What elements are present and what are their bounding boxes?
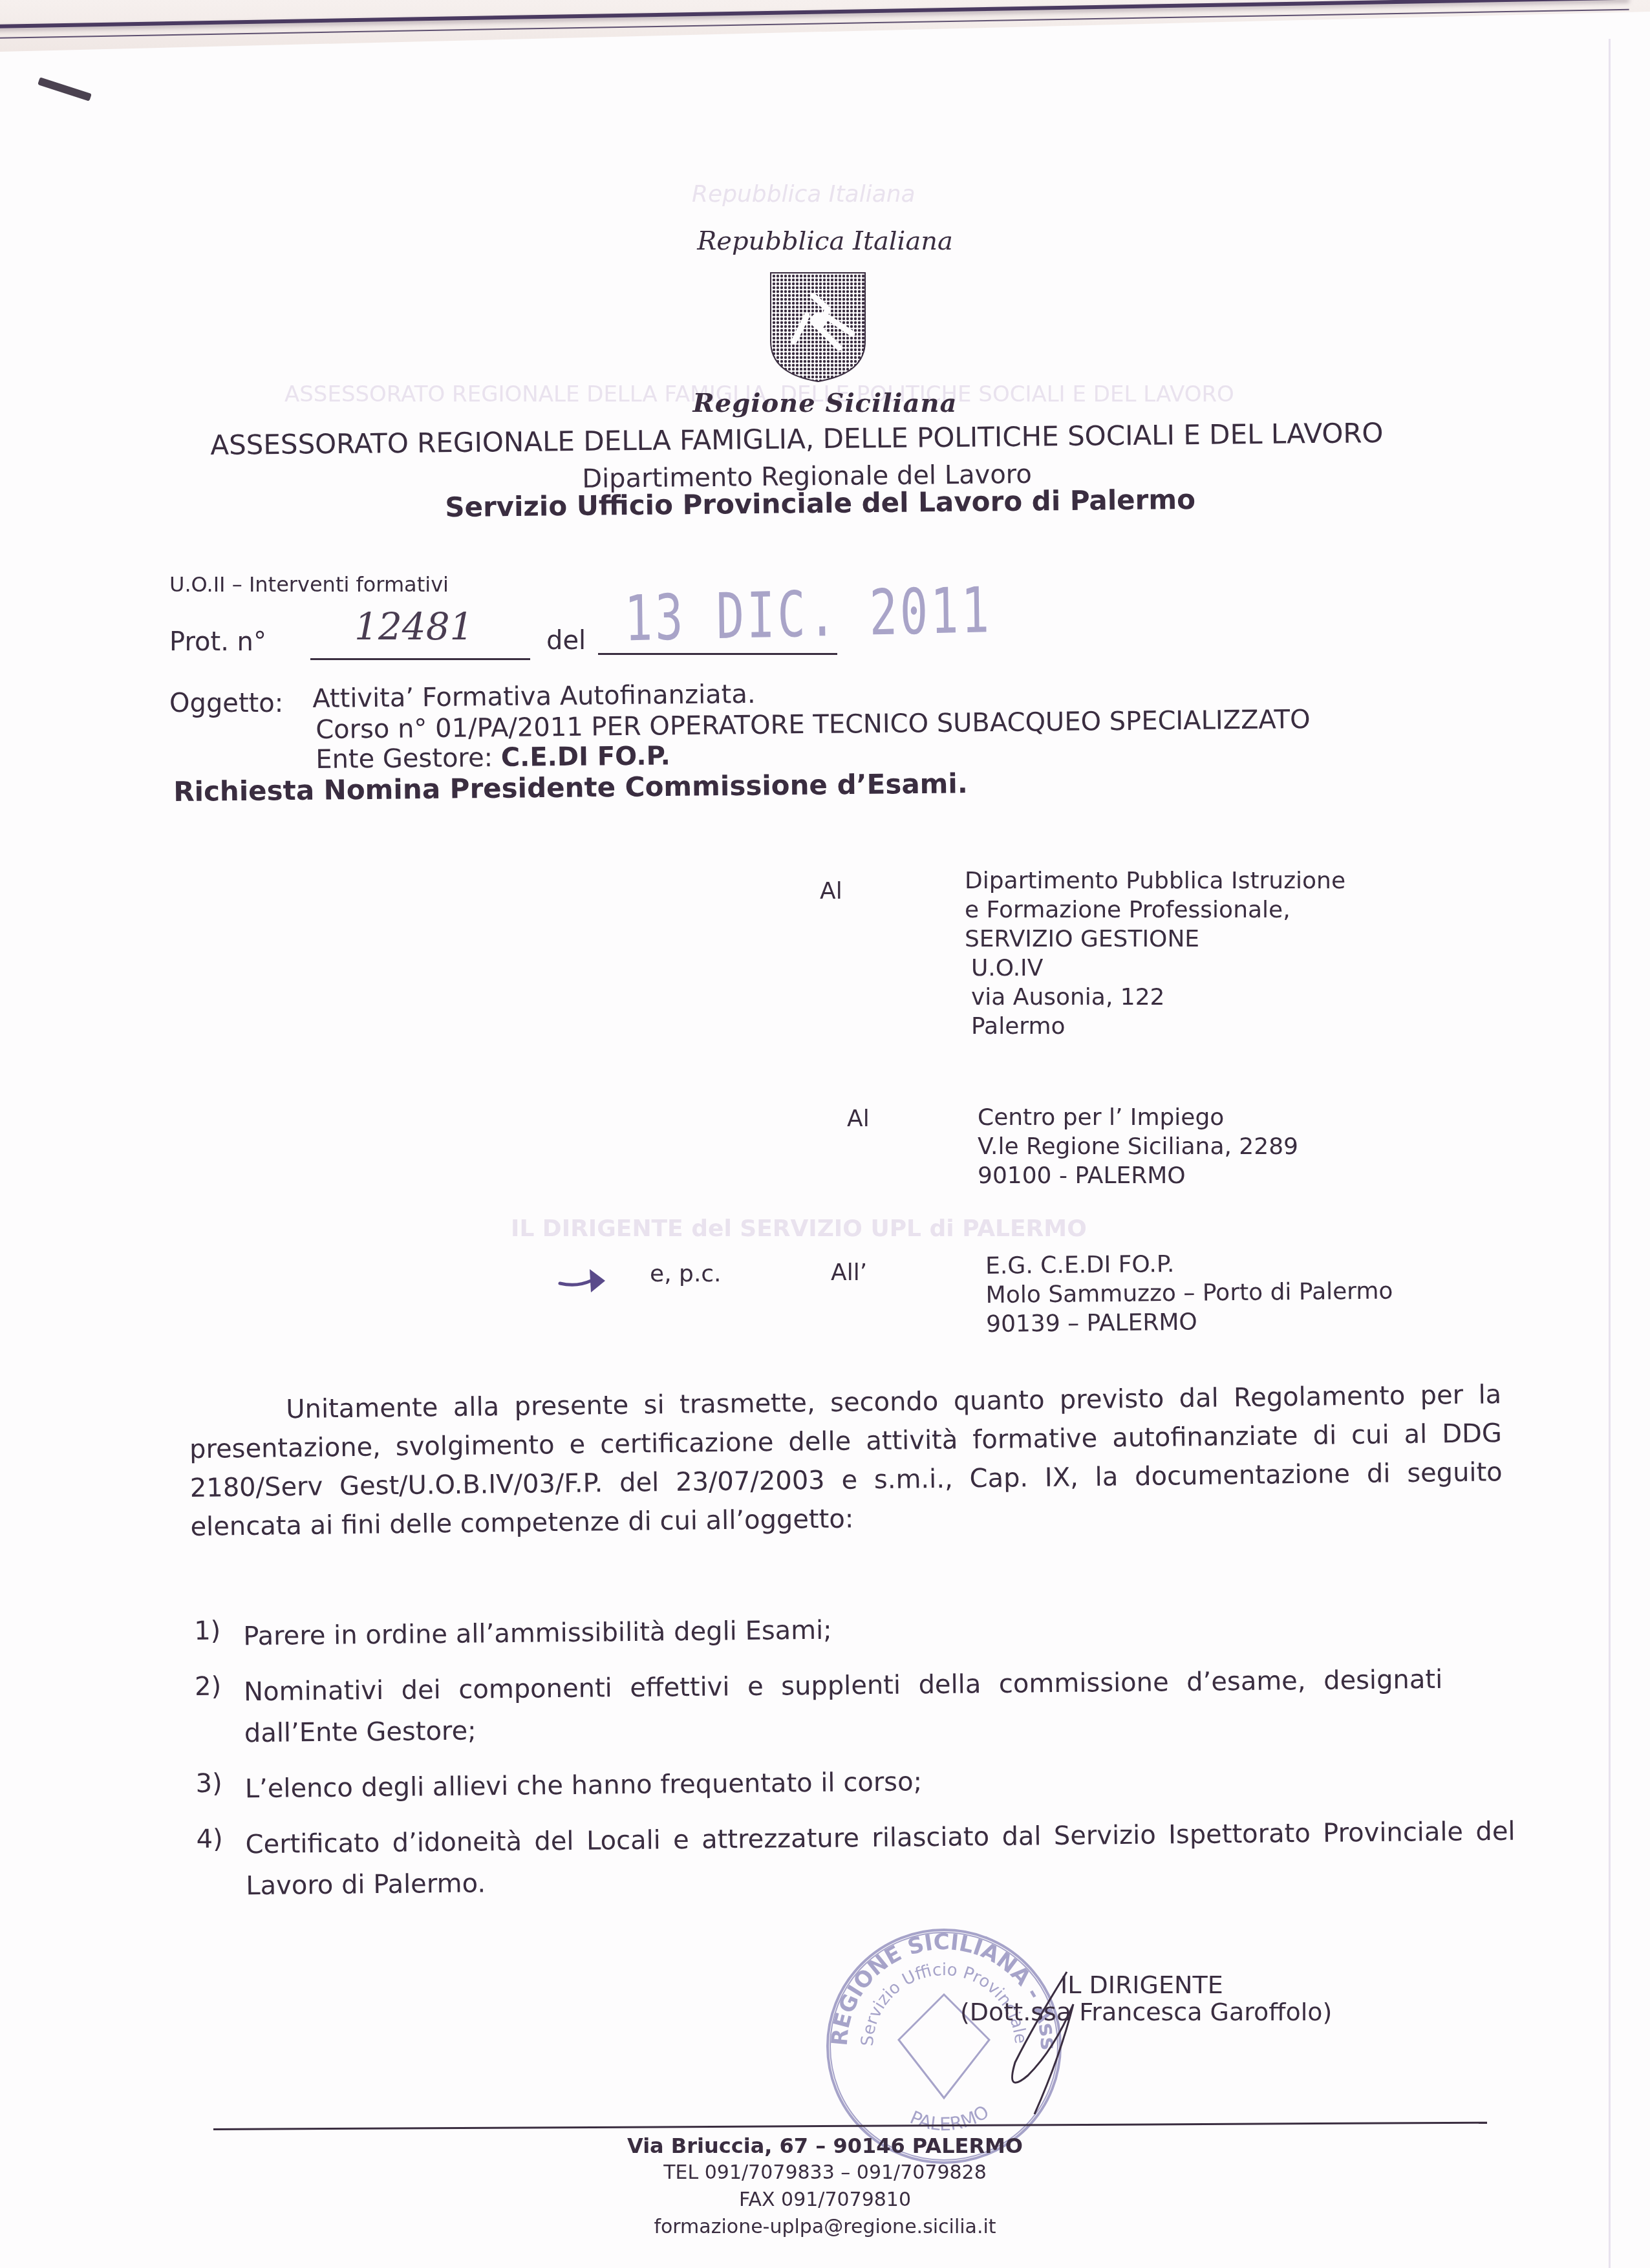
footer-fax: FAX 091/7079810: [0, 2187, 1650, 2214]
list-item: 1) Parere in ordine all’ammissibilità de…: [194, 1603, 1514, 1658]
bleed-through-text: IL DIRIGENTE del SERVIZIO UPL di PALERMO: [511, 1215, 1087, 1242]
date-line: [598, 653, 837, 655]
subject-request: Richiesta Nomina Presidente Commissione …: [173, 767, 968, 808]
bleed-through-text: Repubblica Italiana: [692, 181, 916, 208]
address-line: SERVIZIO GESTIONE: [965, 925, 1345, 954]
body-paragraph-text: Unitamente alla presente si trasmette, s…: [189, 1375, 1503, 1546]
address-line: 90100 - PALERMO: [978, 1161, 1298, 1190]
protocol-number-line: [310, 658, 530, 660]
list-item: 2) Nominativi dei componenti effettivi e…: [195, 1658, 1514, 1755]
footer: Via Briuccia, 67 – 90146 PALERMO TEL 091…: [0, 2132, 1650, 2241]
body-paragraph: Unitamente alla presente si trasmette, s…: [189, 1375, 1503, 1546]
cc-prefix: All’: [831, 1259, 867, 1286]
list-item-text: Certificato d’idoneità del Locali e attr…: [245, 1811, 1516, 1907]
address-line: E.G. C.E.DI FO.P.: [985, 1247, 1393, 1281]
protocol-number-handwritten: 12481: [354, 604, 474, 648]
address-line: Palermo: [965, 1012, 1345, 1041]
republic-heading: Repubblica Italiana: [0, 226, 1650, 256]
subject-label: Oggetto:: [169, 689, 283, 718]
date-stamp: 13 DIC. 2011: [624, 573, 992, 656]
trinacria-coat-of-arms-icon: [768, 270, 868, 384]
managing-body-name: C.E.DI FO.P.: [501, 741, 670, 773]
protocol-label: Prot. n°: [169, 627, 266, 657]
list-item-number: 4): [196, 1824, 246, 1907]
list-item: 3) L’elenco degli allievi che hanno freq…: [195, 1755, 1515, 1810]
recipient-1-address: Dipartimento Pubblica Istruzione e Forma…: [965, 866, 1345, 1041]
page-right-edge: [1609, 39, 1611, 2268]
address-line: Dipartimento Pubblica Istruzione: [965, 866, 1345, 895]
service-heading: Servizio Ufficio Provinciale del Lavoro …: [445, 484, 1195, 523]
list-item-number: 1): [194, 1616, 244, 1658]
cc-address: E.G. C.E.DI FO.P. Molo Sammuzzo – Porto …: [985, 1247, 1393, 1339]
footer-phone: TEL 091/7079833 – 091/7079828: [0, 2159, 1650, 2187]
scan-border: [0, 0, 1650, 58]
region-heading: Regione Siciliana: [0, 388, 1650, 418]
list-item-number: 2): [195, 1671, 244, 1755]
document-list: 1) Parere in ordine all’ammissibilità de…: [194, 1603, 1516, 1921]
address-line: Centro per l’ Impiego: [978, 1103, 1298, 1132]
recipient-2-prefix: Al: [847, 1106, 870, 1132]
list-item-text: Nominativi dei componenti effettivi e su…: [244, 1658, 1514, 1755]
subject-line-1: Attivita’ Formativa Autofinanziata.: [312, 679, 756, 714]
address-line: Molo Sammuzzo – Porto di Palermo: [985, 1276, 1393, 1310]
handwritten-signature-icon: [996, 1965, 1099, 2121]
recipient-1-prefix: Al: [820, 878, 842, 904]
handwritten-arrow-icon: [557, 1264, 609, 1296]
address-line: e Formazione Professionale,: [965, 895, 1345, 925]
list-item-text: Parere in ordine all’ammissibilità degli…: [243, 1603, 1514, 1658]
subject-line-3: Ente Gestore: C.E.DI FO.P.: [316, 741, 670, 775]
footer-email[interactable]: formazione-uplpa@regione.sicilia.it: [0, 2214, 1650, 2241]
footer-address: Via Briuccia, 67 – 90146 PALERMO: [0, 2132, 1650, 2159]
list-item-text: L’elenco degli allievi che hanno frequen…: [244, 1755, 1515, 1810]
address-line: V.le Regione Siciliana, 2289: [978, 1132, 1298, 1161]
svg-text:PALERMO: PALERMO: [907, 2101, 993, 2135]
list-item: 4) Certificato d’idoneità del Locali e a…: [196, 1811, 1516, 1907]
stamp-bottom-text: PALERMO: [907, 2101, 993, 2135]
managing-body-label: Ente Gestore:: [316, 743, 501, 775]
list-item-number: 3): [195, 1768, 245, 1810]
cc-label: e, p.c.: [650, 1261, 722, 1287]
address-line: 90139 – PALERMO: [986, 1305, 1393, 1339]
address-line: U.O.IV: [965, 954, 1345, 983]
date-label: del: [546, 626, 586, 656]
staple-mark: [37, 77, 92, 101]
address-line: via Ausonia, 122: [965, 983, 1345, 1012]
unit-label: U.O.II – Interventi formativi: [169, 572, 449, 597]
assessorato-heading: ASSESSORATO REGIONALE DELLA FAMIGLIA, DE…: [210, 417, 1384, 461]
recipient-2-address: Centro per l’ Impiego V.le Regione Sicil…: [978, 1103, 1298, 1190]
